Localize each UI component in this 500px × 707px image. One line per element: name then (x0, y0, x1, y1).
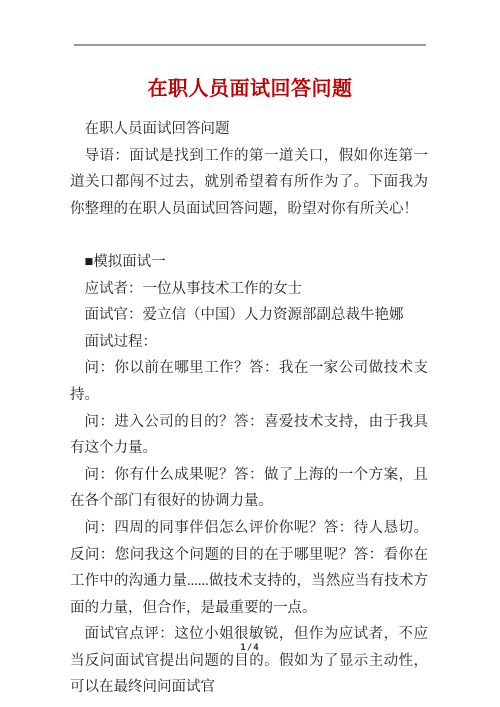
document-page: 在职人员面试回答问题 在职人员面试回答问题导语：面试是找到工作的第一道关口，假如… (0, 0, 500, 707)
paragraph: 问：四周的同事伴侣怎么评价你呢？答：待人恳切。反问：您问我这个问题的目的在于哪里… (70, 515, 428, 621)
paragraph: 导语：面试是找到工作的第一道关口，假如你连第一道关口都闯不过去，就别希望着有所作… (70, 143, 428, 223)
paragraph (70, 222, 428, 249)
paragraph: 问：你以前在哪里工作？答：我在一家公司做技术支持。 (70, 355, 428, 408)
document-title: 在职人员面试回答问题 (0, 72, 500, 101)
paragraph: 面试官点评：这位小姐很敏锐，但作为应试者，不应当反问面试官提出问题的目的。假如为… (70, 621, 428, 701)
paragraph: 面试过程： (70, 329, 428, 356)
page-number: 1/4 (0, 643, 500, 653)
paragraph: 问：进入公司的目的？答：喜爱技术支持，由于我具有这个力量。 (70, 409, 428, 462)
paragraph: 面试官：爱立信（中国）人力资源部副总裁牛艳娜 (70, 302, 428, 329)
paragraph: 问：你有什么成果呢？答：做了上海的一个方案，且在各个部门有很好的协调力量。 (70, 462, 428, 515)
paragraph: ■模拟面试一 (70, 249, 428, 276)
paragraph: 应试者：一位从事技术工作的女士 (70, 276, 428, 303)
paragraph: 在职人员面试回答问题 (70, 116, 428, 143)
header-divider (74, 44, 426, 46)
document-body: 在职人员面试回答问题导语：面试是找到工作的第一道关口，假如你连第一道关口都闯不过… (70, 116, 428, 701)
